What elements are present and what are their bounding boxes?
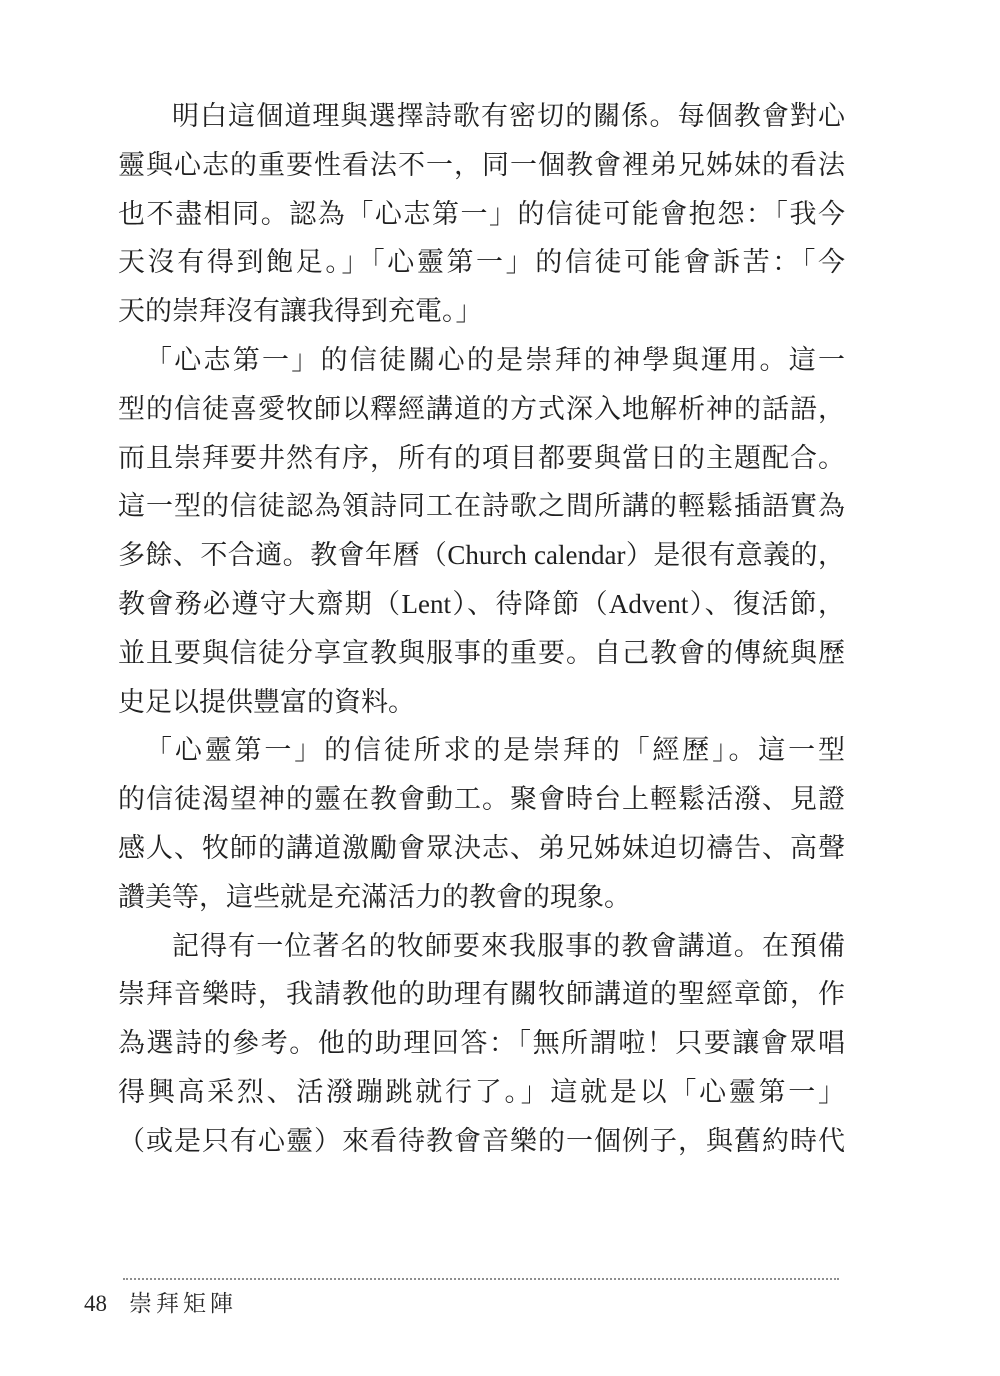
text-line: 明白這個道理與選擇詩歌有密切的關係。每個教會對心 xyxy=(118,92,845,141)
text-line: 型的信徒喜愛牧師以釋經講道的方式深入地解析神的話語， xyxy=(118,385,845,434)
text-line: 靈與心志的重要性看法不一，同一個教會裡弟兄姊妹的看法 xyxy=(118,141,845,190)
book-title: 崇拜矩陣 xyxy=(129,1292,237,1316)
text-line: 的信徒渴望神的靈在教會動工。聚會時台上輕鬆活潑、見證 xyxy=(118,775,845,824)
text-line: 得興高采烈、活潑蹦跳就行了。」這就是以「心靈第一」 xyxy=(118,1068,845,1117)
paragraph: 「心志第一」的信徒關心的是崇拜的神學與運用。這一 型的信徒喜愛牧師以釋經講道的方… xyxy=(118,336,845,726)
text-line: （或是只有心靈）來看待教會音樂的一個例子，與舊約時代 xyxy=(118,1117,845,1166)
text-line: 感人、牧師的講道激勵會眾決志、弟兄姊妹迫切禱告、高聲 xyxy=(118,824,845,873)
text-line: 天沒有得到飽足。」「心靈第一」的信徒可能會訴苦：「今 xyxy=(118,238,845,287)
paragraph: 記得有一位著名的牧師要來我服事的教會講道。在預備 崇拜音樂時，我請教他的助理有關… xyxy=(118,922,845,1166)
text-line: 「心志第一」的信徒關心的是崇拜的神學與運用。這一 xyxy=(118,336,845,385)
text-line: 多餘、不合適。教會年曆（Church calendar）是很有意義的， xyxy=(118,531,845,580)
text-line: 記得有一位著名的牧師要來我服事的教會講道。在預備 xyxy=(118,922,845,971)
text-line: 天的崇拜沒有讓我得到充電。」 xyxy=(118,287,845,336)
page-number: 48 xyxy=(84,1292,107,1316)
text-line: 讚美等，這些就是充滿活力的教會的現象。 xyxy=(118,873,845,922)
text-line: 也不盡相同。認為「心志第一」的信徒可能會抱怨：「我今 xyxy=(118,190,845,239)
text-line: 教會務必遵守大齋期（Lent）、待降節（Advent）、復活節， xyxy=(118,580,845,629)
paragraph: 「心靈第一」的信徒所求的是崇拜的「經歷」。這一型 的信徒渴望神的靈在教會動工。聚… xyxy=(118,726,845,921)
footer-dotted-rule xyxy=(123,1278,839,1280)
text-line: 並且要與信徒分享宣教與服事的重要。自己教會的傳統與歷 xyxy=(118,629,845,678)
document-page: 明白這個道理與選擇詩歌有密切的關係。每個教會對心 靈與心志的重要性看法不一，同一… xyxy=(0,0,1000,1376)
text-line: 而且崇拜要井然有序，所有的項目都要與當日的主題配合。 xyxy=(118,434,845,483)
text-line: 「心靈第一」的信徒所求的是崇拜的「經歷」。這一型 xyxy=(118,726,845,775)
paragraph: 明白這個道理與選擇詩歌有密切的關係。每個教會對心 靈與心志的重要性看法不一，同一… xyxy=(118,92,845,336)
text-line: 為選詩的參考。他的助理回答：「無所謂啦！只要讓會眾唱 xyxy=(118,1019,845,1068)
text-line: 崇拜音樂時，我請教他的助理有關牧師講道的聖經章節，作 xyxy=(118,970,845,1019)
text-line: 這一型的信徒認為領詩同工在詩歌之間所講的輕鬆插語實為 xyxy=(118,482,845,531)
text-line: 史足以提供豐富的資料。 xyxy=(118,678,845,727)
body-text: 明白這個道理與選擇詩歌有密切的關係。每個教會對心 靈與心志的重要性看法不一，同一… xyxy=(118,92,845,1166)
